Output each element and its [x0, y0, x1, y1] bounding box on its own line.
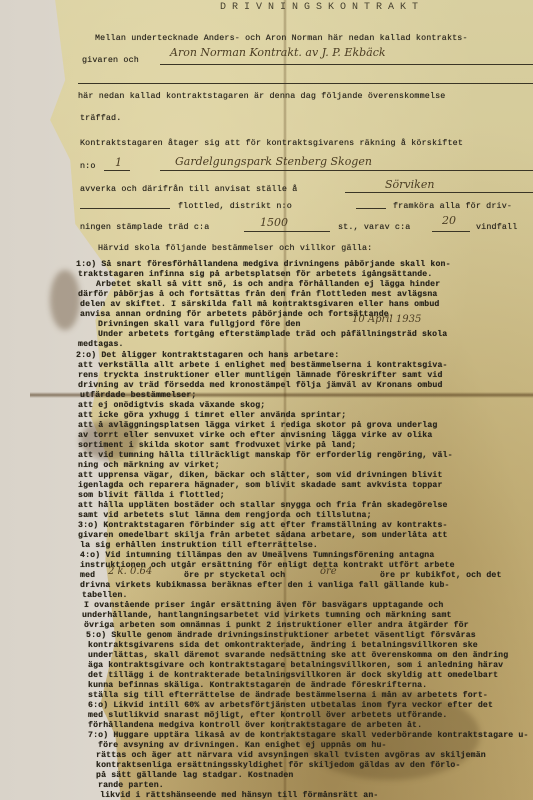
- text-line: I ovanstående priser ingår ersättning äv…: [84, 601, 444, 611]
- handwritten-delivery-place: Sörviken: [385, 178, 434, 191]
- text-line: förhållandena medgiva kontroll över kont…: [88, 721, 422, 731]
- text-line: Drivningen skall vara fullgjord före den: [98, 320, 301, 330]
- text-line: givaren omedelbart skilja från arbetet s…: [78, 531, 448, 541]
- text-line: därför påbörjas å och fortsättas från de…: [78, 290, 438, 300]
- contract-document: DRIVNINGSKONTRAKT Mellan undertecknade A…: [0, 0, 533, 800]
- text-line: drivna virkets kubikmassa beräknas efter…: [80, 581, 450, 591]
- handwritten-windfall-count: 20: [442, 214, 456, 227]
- text-line: givaren och: [82, 55, 139, 65]
- text-line: traktstagaren infinna sig på arbetsplats…: [78, 270, 432, 280]
- text-line: samt vid arbetets slut lämna dem rengjor…: [78, 511, 372, 521]
- text-line: framköra alla för driv-: [393, 201, 512, 211]
- text-line: igenlagda och reparera hägnader, som bli…: [78, 481, 443, 491]
- text-line: utfärdade bestämmelser;: [80, 391, 196, 401]
- text-line: Under arbetets fortgång efterstämplade t…: [98, 330, 447, 340]
- text-line: underhållande, hantlangningsarbetet vid …: [82, 611, 452, 621]
- text-line: att icke göra yxhugg i timret eller anvä…: [78, 411, 346, 421]
- text-line: att verkställa allt arbete i enlighet me…: [78, 361, 448, 371]
- text-line: Arbetet skall så vitt snö, is och andra …: [96, 280, 440, 290]
- text-line: med: [80, 571, 95, 581]
- text-line: ningen stämplade träd c:a: [80, 222, 209, 232]
- text-line: att upprensa vägar, diken, bäckar och sl…: [78, 471, 443, 481]
- text-line: likvid i rättshänseende med hänsyn till …: [100, 791, 378, 800]
- text-line: 2:o) Det åligger kontraktstagaren och ha…: [76, 351, 339, 361]
- text-line: 6:o) Likvid intill 60% av arbetsförtjäns…: [88, 701, 493, 711]
- text-line: delen av skiftet. I särskilda fall må ko…: [80, 300, 440, 310]
- fill-in-line: [244, 231, 330, 232]
- text-line: här nedan kallad kontraktstagaren är den…: [78, 91, 445, 101]
- handwritten-price-per-piece: 2 k. 0.64: [108, 566, 152, 577]
- text-line: öre pr kubikfot, och det: [380, 571, 502, 581]
- text-line: 7:o) Huggare upptära likaså av de kontra…: [88, 731, 529, 741]
- text-line: äga kontraktsgivare och kontraktstagare …: [88, 661, 503, 671]
- text-line: det tillägg i de kontrakterade betalning…: [88, 671, 498, 681]
- fill-in-line: [345, 192, 533, 193]
- document-title: DRIVNINGSKONTRAKT: [220, 2, 424, 13]
- text-line: avverka och därifrån till anvisat ställe…: [80, 184, 297, 194]
- text-line: att ej onödigtvis skada växande skog;: [78, 401, 265, 411]
- handwritten-tree-count: 1500: [260, 216, 288, 229]
- text-line: 3:o) Kontraktstagaren förbinder sig att …: [78, 521, 448, 531]
- handwritten-price-per-cubic-foot: öre: [320, 566, 337, 577]
- text-line: ställa sig till efterrättelse de ändrade…: [88, 691, 488, 701]
- text-line: kontraktsenliga ersättningsskyldighet fö…: [96, 761, 461, 771]
- text-line: på sätt gällande lag stadgar. Kostnaden: [96, 771, 293, 781]
- text-line: sortiment i skilda skotor samt frodvuxet…: [78, 441, 356, 451]
- handwritten-skifte-name: Gardelgungspark Stenberg Skogen: [175, 155, 372, 168]
- text-line: 1:o) Så snart föresförhållandena medgiva…: [76, 260, 451, 270]
- text-line: tabellen.: [82, 591, 128, 601]
- fill-in-line: [78, 83, 533, 84]
- text-line: före avsyning av drivningen. Kan enighet…: [98, 741, 387, 751]
- text-line: medtagas.: [78, 340, 124, 350]
- text-line: drivning av träd försedda med kronostämp…: [78, 381, 443, 391]
- fill-in-line: [432, 231, 470, 232]
- fill-in-line: [160, 64, 533, 65]
- text-line: träffad.: [80, 113, 121, 123]
- text-line: n:o: [80, 161, 96, 171]
- text-line: övriga arbeten som omnämnas i punkt 2 in…: [84, 621, 469, 631]
- text-line: vindfall: [476, 222, 517, 232]
- text-line: som blivit fällda i flottled;: [78, 491, 225, 501]
- fill-in-line: [104, 170, 130, 171]
- fill-in-line: [160, 170, 533, 171]
- text-line: underlättas, skall däremot svarande neds…: [88, 651, 508, 661]
- text-line: av torrt eller senvuxet virke och efter …: [78, 431, 432, 441]
- text-line: att hålla uppläten bostäder och stallar …: [78, 501, 448, 511]
- text-line: 5:o) Skulle genom ändrade drivningsinstr…: [86, 631, 476, 641]
- text-line: Kontraktstagaren åtager sig att för kont…: [80, 138, 463, 148]
- text-line: Mellan undertecknade Anders- och Aron No…: [95, 33, 468, 43]
- text-line: kunna befinnas skäliga. Kontraktstagaren…: [88, 681, 427, 691]
- fill-in-line: [80, 208, 170, 209]
- text-line: att å avläggningsplatsen lägga virket i …: [78, 421, 438, 431]
- text-line: att vid tumning hålla tillräckligt mansk…: [78, 451, 453, 461]
- text-line: flottled, distrikt n:o: [178, 201, 292, 211]
- text-line: ning och märkning av virket;: [78, 461, 220, 471]
- text-line: med slutlikvid snarast möjligt, efter ko…: [88, 711, 448, 721]
- handwritten-contractor: Aron Norman Kontrakt. av J. P. Ekbäck: [170, 46, 386, 59]
- handwritten-completion-date: 10 April 1935: [352, 314, 421, 325]
- text-line: Härvid skola följande bestämmelser och v…: [98, 243, 372, 253]
- text-line: rande parten.: [98, 781, 164, 791]
- text-line: la sig erhållen instruktion till efterrä…: [80, 541, 318, 551]
- fill-in-line: [356, 208, 386, 209]
- text-line: kontraktsgivarens sida det omkontraktera…: [88, 641, 478, 651]
- text-line: öre pr stycketal och: [184, 571, 285, 581]
- text-line: rens tryckta instruktioner eller muntlig…: [78, 371, 443, 381]
- handwritten-skifte-no: 1: [115, 156, 122, 169]
- text-line: st., varav c:a: [338, 222, 410, 232]
- text-line: 4:o) Vid intumning tillämpas den av Umeä…: [80, 551, 434, 561]
- text-line: anvisa annan ordning för arbetets påbörj…: [80, 310, 394, 320]
- text-line: rättas och äger att närvara vid avsyning…: [96, 751, 486, 761]
